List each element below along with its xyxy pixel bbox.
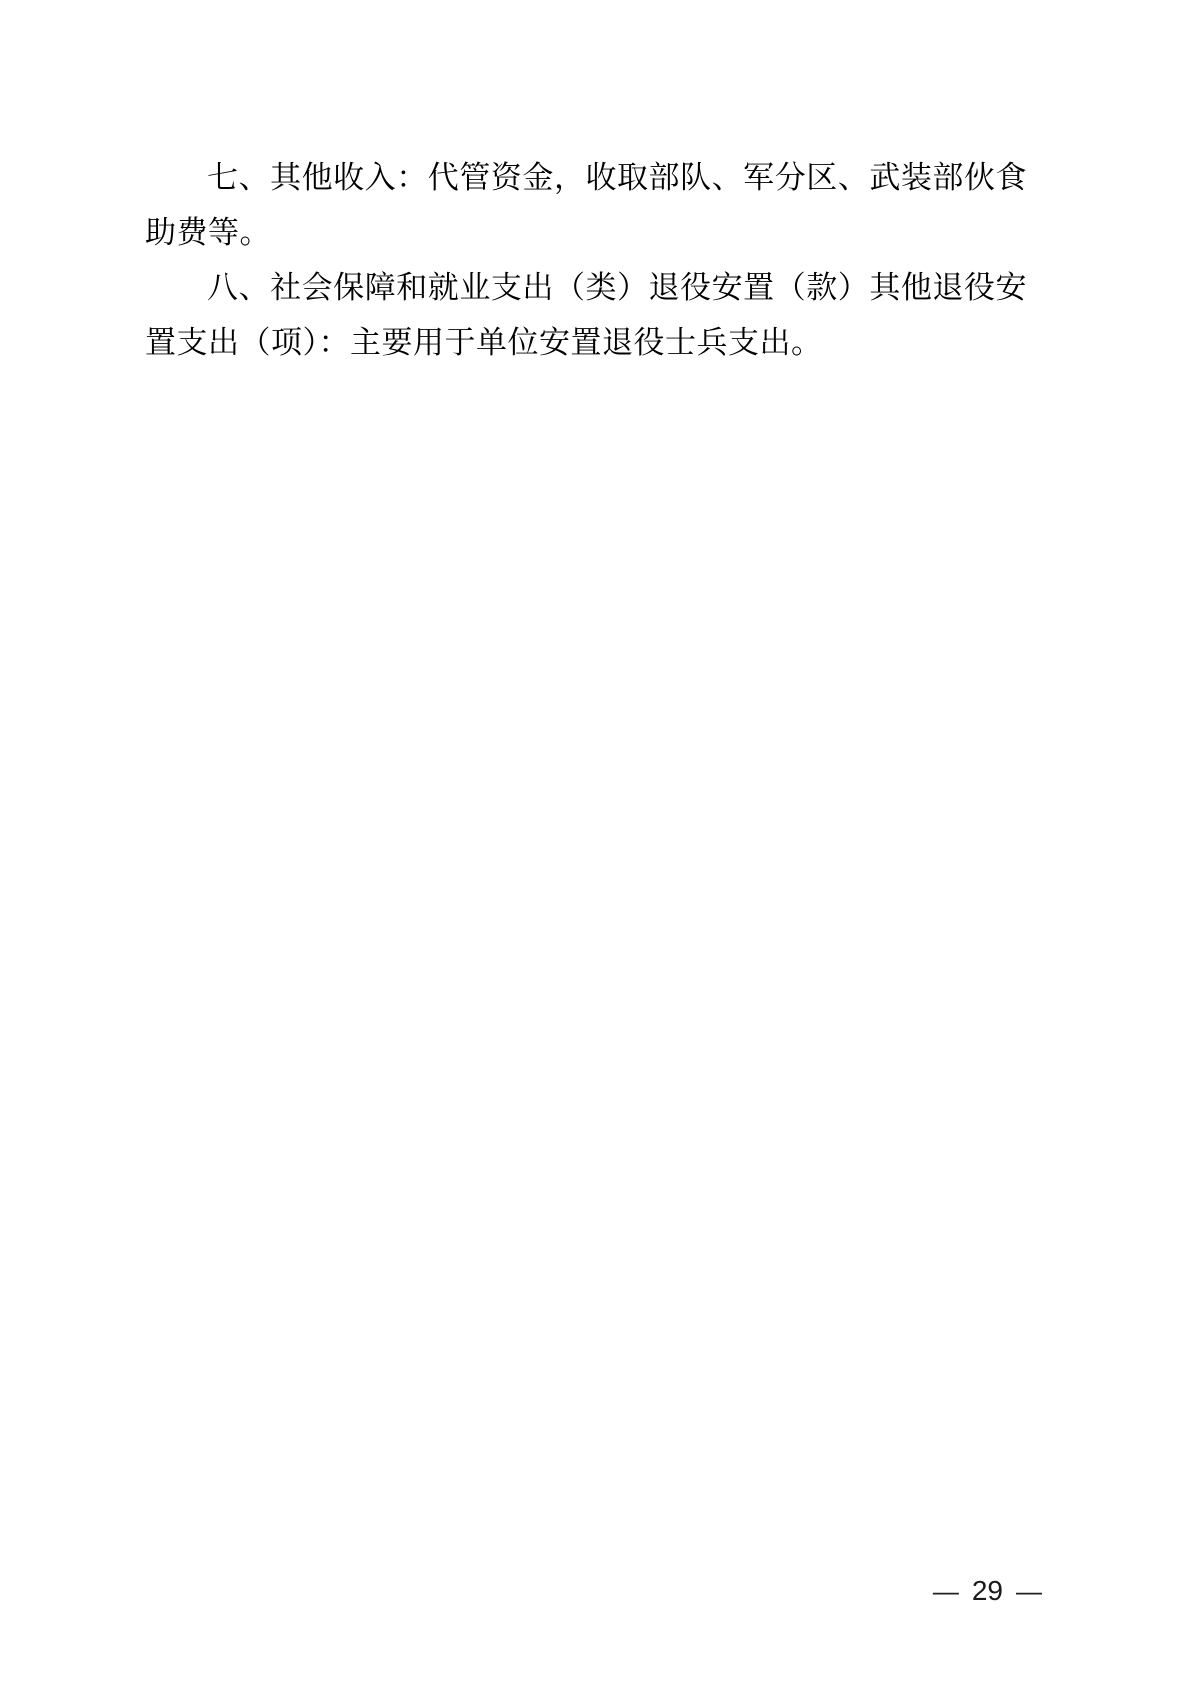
document-page: 七、其他收入：代管资金，收取部队、军分区、武装部伙食助费等。 八、社会保障和就业… [0, 0, 1190, 1683]
paragraph-other-income: 七、其他收入：代管资金，收取部队、军分区、武装部伙食助费等。 [145, 150, 1027, 260]
paragraph-social-security-employment-expenditure: 八、社会保障和就业支出（类）退役安置（款）其他退役安置支出（项）：主要用于单位安… [145, 260, 1027, 370]
footer-right-dash: — [1016, 1576, 1042, 1606]
footer-left-dash: — [933, 1576, 959, 1606]
document-body: 七、其他收入：代管资金，收取部队、军分区、武装部伙食助费等。 八、社会保障和就业… [145, 150, 1027, 370]
page-number: 29 [972, 1576, 1003, 1606]
page-footer: — 29 — [933, 1576, 1042, 1606]
